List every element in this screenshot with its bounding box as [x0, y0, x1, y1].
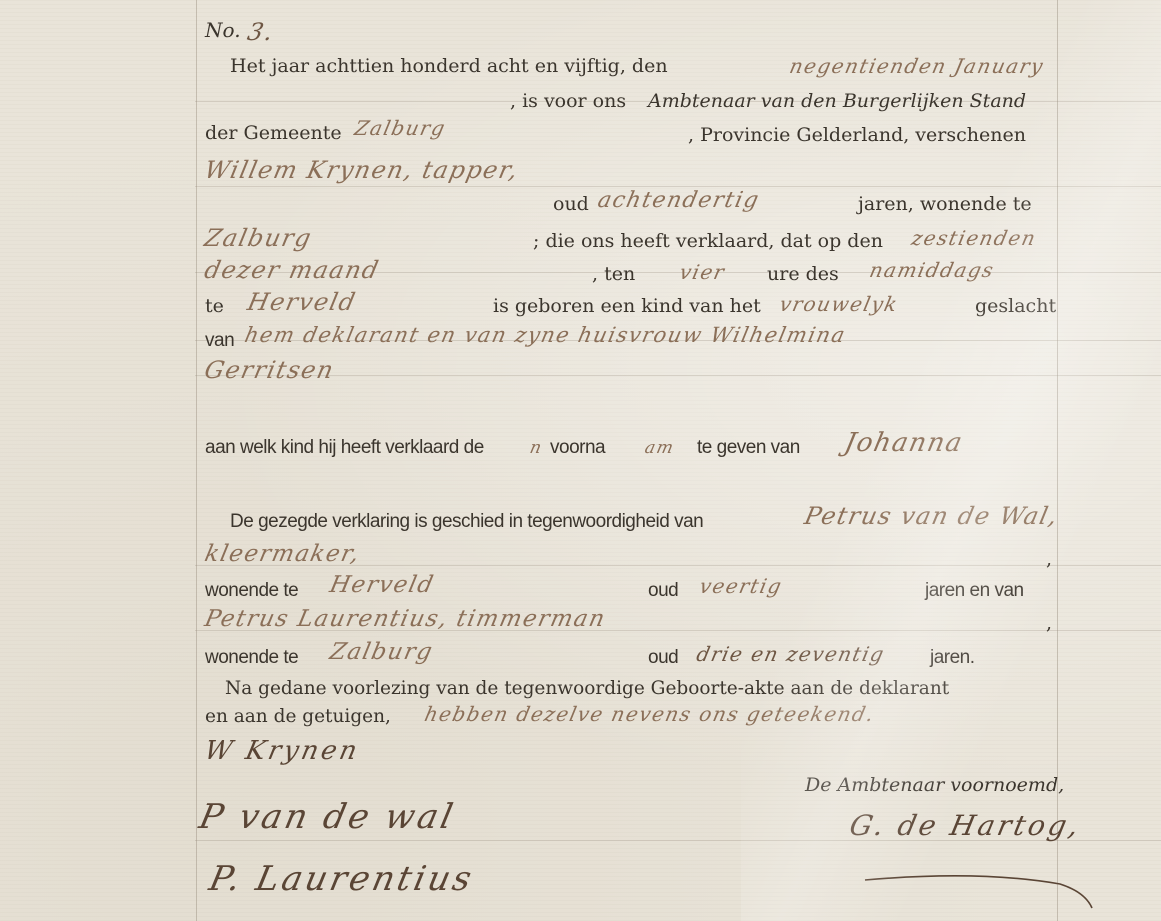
record-number: 3. — [245, 20, 276, 44]
comma-2: , — [1046, 614, 1052, 633]
hw-witness-1: Petrus van de Wal, — [802, 504, 1060, 528]
hw-sex: vrouwelyk — [778, 294, 900, 314]
official-label: De Ambtenaar voornoemd, — [805, 776, 1064, 795]
hw-age: achtendertig — [596, 190, 762, 212]
hw-n-suffix: n — [528, 440, 544, 457]
printed-line-11a: aan welk kind hij heeft verklaard de — [205, 438, 484, 457]
hw-hour: vier — [678, 262, 727, 282]
printed-line-14a: wonende te — [205, 581, 298, 600]
printed-line-2-italic: Ambtenaar van den Burgerlijken Stand — [648, 92, 1026, 111]
hw-declarant: Willem Krynen, tapper, — [202, 158, 521, 182]
hw-parents-line-2: Gerritsen — [202, 358, 336, 382]
hw-witness-1-age: veertig — [698, 576, 785, 596]
printed-line-11c: te geven van — [697, 438, 800, 457]
record-number-label: No. — [205, 20, 241, 40]
printed-line-7b: ure des — [767, 265, 839, 284]
hw-closing: hebben dezelve nevens ons geteekend. — [423, 704, 877, 724]
printed-line-14b: oud — [648, 581, 678, 600]
hw-day: zestienden — [910, 228, 1039, 248]
left-margin-rule — [196, 0, 197, 921]
signature-witness-2: P. Laurentius — [206, 862, 477, 896]
hw-witness-1-residence: Herveld — [328, 574, 437, 597]
hw-witness-1-occupation: kleermaker, — [203, 543, 363, 566]
printed-line-2: , is voor ons — [510, 92, 626, 111]
signature-witness-1: P van de wal — [196, 800, 458, 834]
hw-birthplace: Herveld — [245, 290, 358, 314]
printed-line-17: Na gedane voorlezing van de tegenwoordig… — [225, 680, 949, 699]
printed-line-18: en aan de getuigen, — [205, 708, 391, 727]
ruled-line — [195, 186, 1161, 187]
hw-residence: Zalburg — [202, 226, 314, 250]
printed-line-3a: der Gemeente — [205, 124, 342, 143]
printed-line-16c: jaren. — [930, 648, 975, 667]
printed-line-5a: oud — [553, 195, 589, 214]
hw-witness-2-residence: Zalburg — [328, 641, 436, 664]
printed-line-14c: jaren en van — [925, 581, 1024, 600]
signature-flourish — [860, 872, 1100, 912]
printed-line-8a: te — [205, 297, 224, 316]
printed-line-8c: geslacht — [975, 297, 1056, 316]
hw-witness-2-age: drie en zeventig — [695, 644, 887, 664]
printed-line-3b: , Provincie Gelderland, verschenen — [688, 126, 1026, 145]
hw-am-suffix: am — [643, 440, 676, 457]
hw-witness-2: Petrus Laurentius, timmerman — [203, 608, 608, 631]
hw-municipality: Zalburg — [353, 118, 448, 138]
hw-daypart: namiddags — [868, 260, 997, 280]
hw-parents-line-1: hem deklarant en van zyne huisvrouw Wilh… — [243, 325, 848, 346]
printed-line-9: van — [205, 331, 234, 350]
printed-line-5b: jaren, wonende te — [858, 195, 1032, 214]
printed-line-6: ; die ons heeft verklaard, dat op den — [533, 232, 883, 251]
hw-month: dezer maand — [202, 258, 381, 282]
comma-1: , — [1046, 550, 1052, 569]
hw-date: negentienden January — [788, 56, 1046, 76]
printed-line-8b: is geboren een kind van het — [493, 297, 761, 316]
printed-line-16b: oud — [648, 648, 678, 667]
signature-official: G. de Hartog, — [847, 812, 1084, 840]
printed-line-7a: , ten — [592, 265, 635, 284]
hw-child-name: Johanna — [842, 430, 965, 456]
printed-line-12: De gezegde verklaring is geschied in teg… — [230, 512, 703, 531]
signature-declarant: W Krynen — [202, 738, 362, 764]
ruled-line — [195, 375, 1161, 376]
printed-line-11b: voorna — [550, 438, 605, 457]
printed-line-16a: wonende te — [205, 648, 298, 667]
printed-line-1: Het jaar achttien honderd acht en vijfti… — [230, 57, 668, 76]
